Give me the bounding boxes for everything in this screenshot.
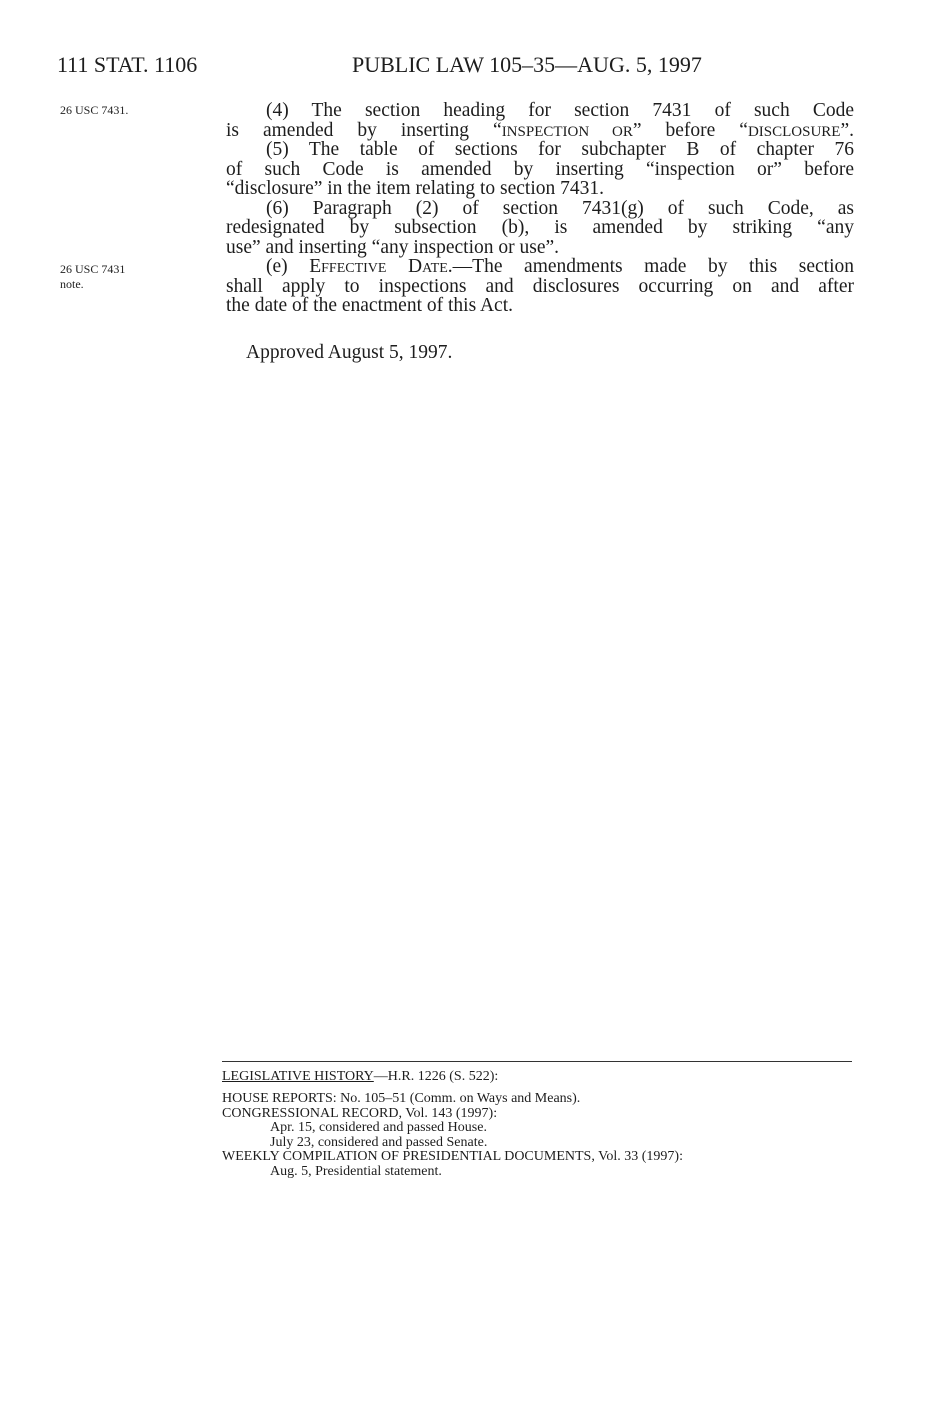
legislative-history-list: HOUSE REPORTS: No. 105–51 (Comm. on Ways… <box>222 1092 683 1179</box>
small-caps-term: INSPECTION OR <box>502 124 633 140</box>
section-heading-effective-date: Effective Date <box>309 256 448 277</box>
margin-note-usc-7431: 26 USC 7431. <box>60 103 128 118</box>
para-4-line-2: is amended by inserting “INSPECTION OR” … <box>226 121 854 141</box>
margin-note-line: note. <box>60 277 125 292</box>
text-run: .—The amendments made by this section <box>448 256 854 277</box>
para-e-line-1: (e) Effective Date.—The amendments made … <box>226 257 854 277</box>
history-line: July 23, considered and passed Senate. <box>222 1136 683 1151</box>
page-stat-citation: 111 STAT. 1106 <box>57 52 197 78</box>
history-line: HOUSE REPORTS: No. 105–51 (Comm. on Ways… <box>222 1092 683 1107</box>
para-5-line-3: “disclosure” in the item relating to sec… <box>226 179 854 199</box>
para-5-line-2: of such Code is amended by inserting “in… <box>226 160 854 180</box>
page-running-title: PUBLIC LAW 105–35—AUG. 5, 1997 <box>352 52 702 78</box>
para-e-line-3: the date of the enactment of this Act. <box>226 296 854 316</box>
history-line: Apr. 15, considered and passed House. <box>222 1121 683 1136</box>
para-6-line-2: redesignated by subsection (b), is amend… <box>226 218 854 238</box>
history-line: Aug. 5, Presidential statement. <box>222 1165 683 1180</box>
margin-note-line: 26 USC 7431 <box>60 262 125 277</box>
margin-note-usc-7431-note: 26 USC 7431 note. <box>60 262 125 292</box>
history-line: CONGRESSIONAL RECORD, Vol. 143 (1997): <box>222 1107 683 1122</box>
para-e-line-2: shall apply to inspections and disclosur… <box>226 277 854 297</box>
approval-date: Approved August 5, 1997. <box>246 342 452 364</box>
small-caps-term: DISCLOSURE <box>748 124 841 140</box>
text-run: is amended by inserting “ <box>226 120 502 141</box>
bill-reference: —H.R. 1226 (S. 522): <box>374 1069 498 1084</box>
para-4-line-1: (4) The section heading for section 7431… <box>226 101 854 121</box>
text-run: ” before “ <box>633 120 748 141</box>
footer-rule <box>222 1061 852 1062</box>
legislative-history-label: LEGISLATIVE HISTORY <box>222 1069 374 1084</box>
para-6-line-3: use” and inserting “any inspection or us… <box>226 238 854 258</box>
text-run: (e) <box>266 256 309 277</box>
legislative-history-heading: LEGISLATIVE HISTORY—H.R. 1226 (S. 522): <box>222 1070 498 1085</box>
text-run: ”. <box>840 120 854 141</box>
para-6-line-1: (6) Paragraph (2) of section 7431(g) of … <box>226 199 854 219</box>
history-line: WEEKLY COMPILATION OF PRESIDENTIAL DOCUM… <box>222 1150 683 1165</box>
section-body: (4) The section heading for section 7431… <box>226 101 854 316</box>
para-5-line-1: (5) The table of sections for subchapter… <box>226 140 854 160</box>
